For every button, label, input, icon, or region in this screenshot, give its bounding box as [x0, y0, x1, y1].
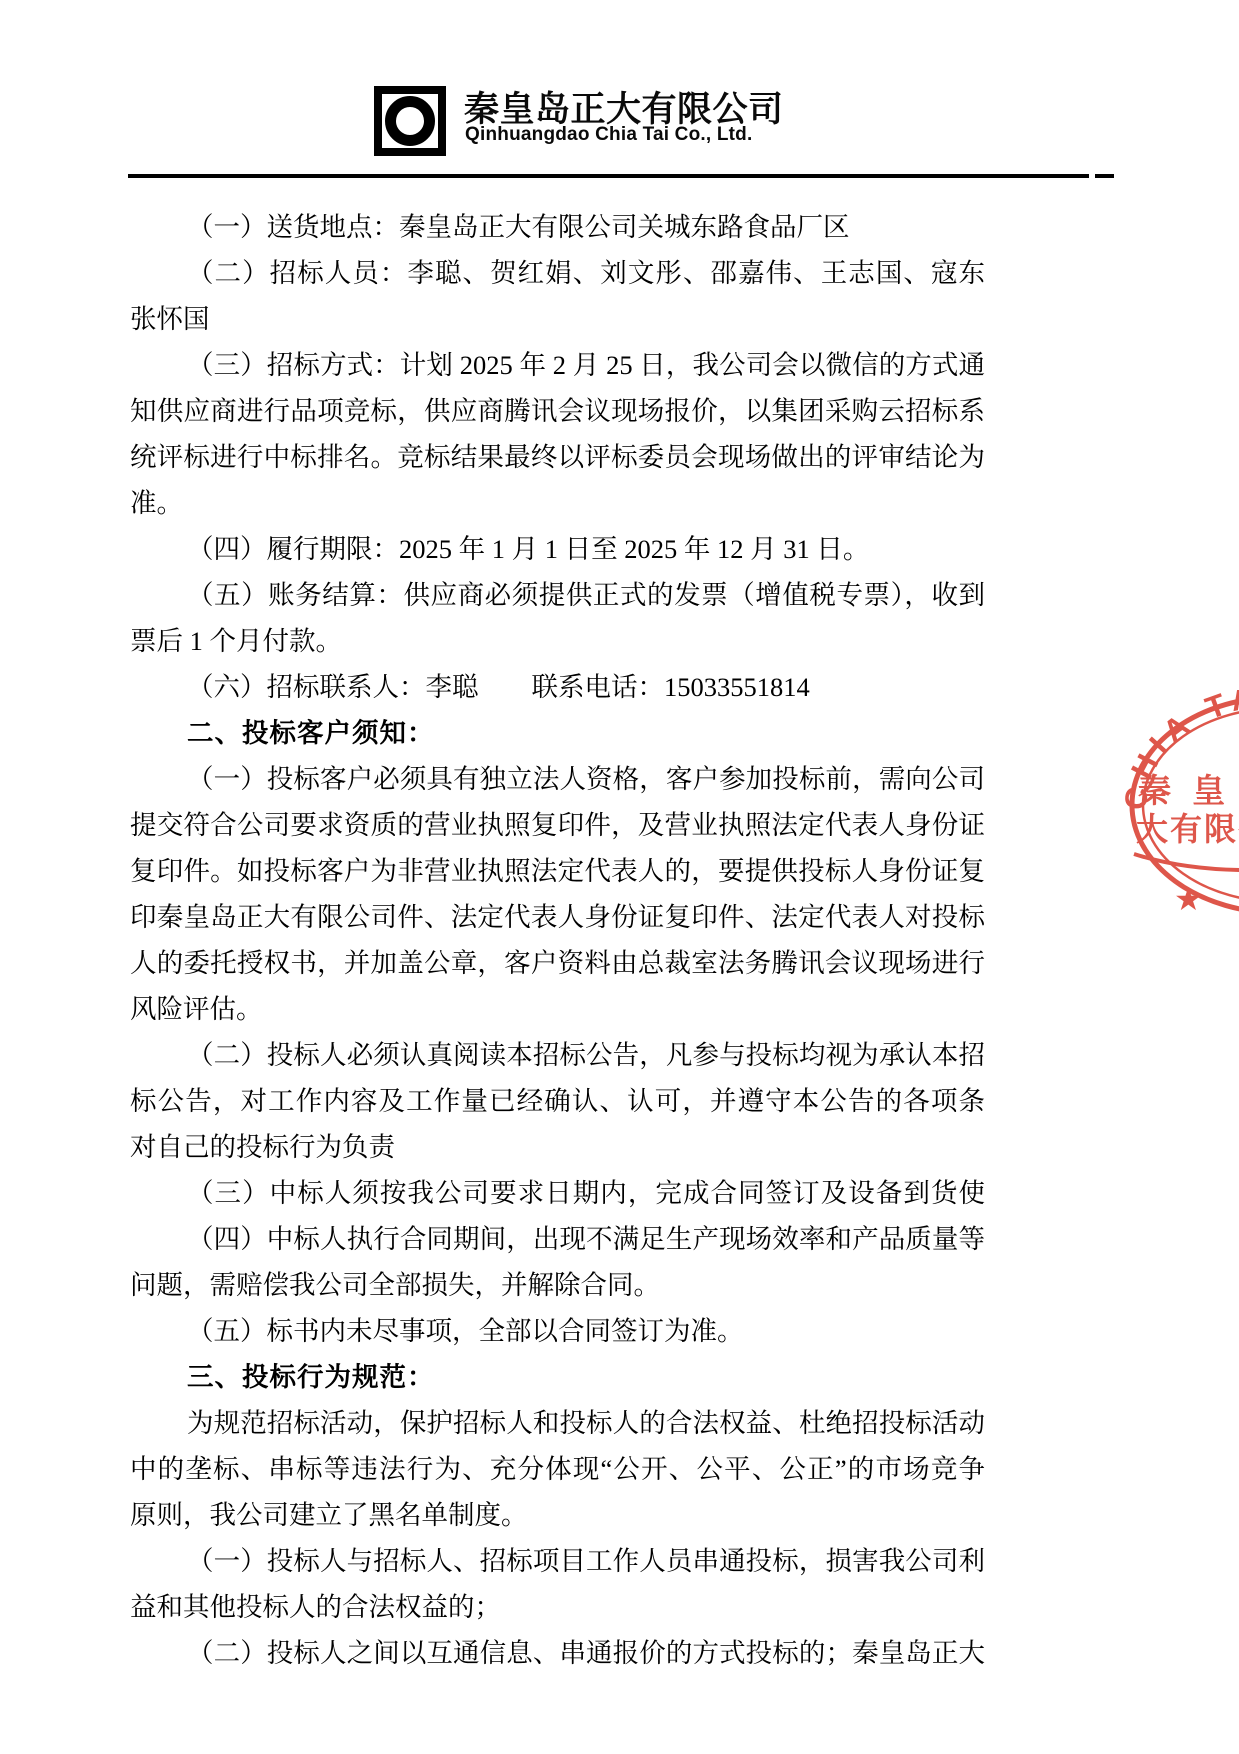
paragraph-line: 标公告，对工作内容及工作量已经确认、认可，并遵守本公告的各项条款，	[130, 1078, 985, 1124]
paragraph-line: （一）送货地点：秦皇岛正大有限公司关城东路食品厂区	[130, 204, 985, 250]
header-rule	[128, 174, 1089, 178]
paragraph-line: （六）招标联系人：李聪 联系电话：15033551814	[130, 664, 985, 710]
paragraph-line: （二）招标人员：李聪、贺红娟、刘文彤、邵嘉伟、王志国、寇东臣、	[130, 250, 985, 296]
paragraph-line: 提交符合公司要求资质的营业执照复印件，及营业执照法定代表人身份证	[130, 802, 985, 848]
paragraph-line: 票后 1 个月付款。	[130, 618, 985, 664]
section-heading-3: 三、投标行为规范：	[130, 1354, 985, 1400]
paragraph-line: （一）投标客户必须具有独立法人资格，客户参加投标前，需向公司	[130, 756, 985, 802]
logo-ring-icon	[385, 96, 435, 146]
section-heading-2: 二、投标客户须知：	[130, 710, 985, 756]
paragraph-line: 益和其他投标人的合法权益的；	[130, 1584, 985, 1630]
paragraph-line: 为规范招标活动，保护招标人和投标人的合法权益、杜绝招投标活动	[130, 1400, 985, 1446]
document-page: 秦皇岛正大有限公司 Qinhuangdao Chia Tai Co., Ltd.…	[0, 0, 1239, 1754]
paragraph-line: （五）标书内未尽事项，全部以合同签订为准。	[130, 1308, 985, 1354]
paragraph-line: （二）投标人之间以互通信息、串通报价的方式投标的；秦皇岛正大	[130, 1630, 985, 1676]
paragraph-line: 张怀国	[130, 296, 985, 342]
stamp-text-row2: 大有限公	[1136, 811, 1239, 847]
paragraph-line: 问题，需赔偿我公司全部损失，并解除合同。	[130, 1262, 985, 1308]
stamp-text-row1: 秦 皇 岛	[1138, 772, 1239, 809]
paragraph-line: （一）投标人与招标人、招标项目工作人员串通投标，损害我公司利	[130, 1538, 985, 1584]
stamp-star-icon: ★	[1174, 881, 1203, 917]
paragraph-line: （四）中标人执行合同期间，出现不满足生产现场效率和产品质量等	[130, 1216, 985, 1262]
paragraph-line: 准。	[130, 480, 985, 526]
paragraph-line: 印秦皇岛正大有限公司件、法定代表人身份证复印件、法定代表人对投标	[130, 894, 985, 940]
paragraph-line: 原则，我公司建立了黑名单制度。	[130, 1492, 985, 1538]
paragraph-line: （四）履行期限：2025 年 1 月 1 日至 2025 年 12 月 31 日…	[130, 526, 985, 572]
paragraph-line: 对自己的投标行为负责	[130, 1124, 985, 1170]
paragraph-line: 人的委托授权书，并加盖公章，客户资料由总裁室法务腾讯会议现场进行	[130, 940, 985, 986]
paragraph-line: 风险评估。	[130, 986, 985, 1032]
company-stamp-icon: CHIA TA 秦 皇 岛 大有限公 ★	[1118, 690, 1239, 930]
paragraph-line: （五）账务结算：供应商必须提供正式的发票（增值税专票），收到发	[130, 572, 985, 618]
paragraph-line: 知供应商进行品项竞标，供应商腾讯会议现场报价，以集团采购云招标系	[130, 388, 985, 434]
paragraph-line: （三）中标人须按我公司要求日期内，完成合同签订及设备到货使用。	[130, 1170, 985, 1216]
paragraph-line: 中的垄标、串标等违法行为、充分体现“公开、公平、公正”的市场竞争	[130, 1446, 985, 1492]
chia-tai-logo-icon	[374, 86, 446, 156]
company-name-en: Qinhuangdao Chia Tai Co., Ltd.	[465, 124, 752, 146]
paragraph-line: （二）投标人必须认真阅读本招标公告，凡参与投标均视为承认本招	[130, 1032, 985, 1078]
header-rule-dash	[1095, 174, 1114, 178]
paragraph-line: 复印件。如投标客户为非营业执照法定代表人的，要提供投标人身份证复	[130, 848, 985, 894]
document-body: （一）送货地点：秦皇岛正大有限公司关城东路食品厂区 （二）招标人员：李聪、贺红娟…	[130, 204, 985, 1676]
paragraph-line: 统评标进行中标排名。竞标结果最终以评标委员会现场做出的评审结论为	[130, 434, 985, 480]
paragraph-line: （三）招标方式：计划 2025 年 2 月 25 日，我公司会以微信的方式通	[130, 342, 985, 388]
